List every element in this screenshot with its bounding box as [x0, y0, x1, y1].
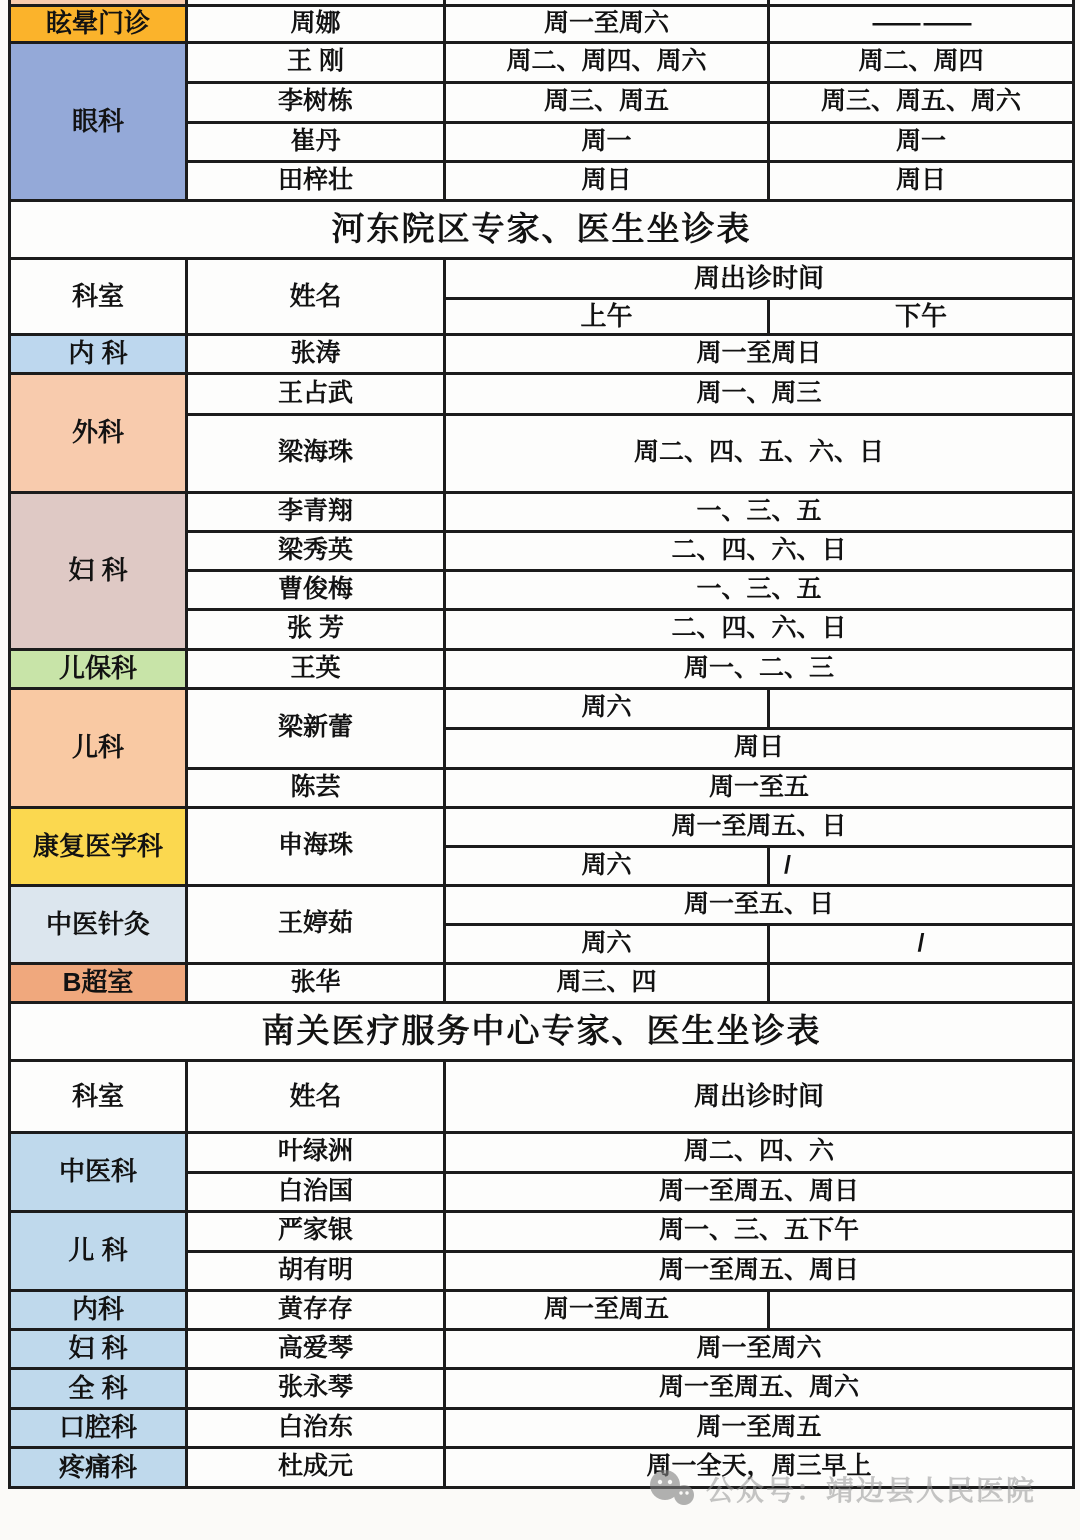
table-row: 全 科 张永琴 周一至周五、周六: [10, 1368, 1074, 1408]
doctor-name-cell: 严家银: [187, 1211, 445, 1251]
schedule-am-cell: 周六: [445, 688, 769, 728]
table-row: 眩晕门诊 周娜 周一至周六 —— ——: [10, 5, 1074, 42]
section-title-row: 河东院区专家、医生坐诊表: [10, 200, 1074, 258]
table-row: 中医科 叶绿洲 周二、四、六: [10, 1132, 1074, 1172]
schedule-am-cell: 周六: [445, 846, 769, 885]
schedule-page: 眩晕门诊 周娜 周一至周六 —— —— 眼科 王 刚 周二、周四、周六 周二、周…: [0, 0, 1080, 1540]
table-row: 康复医学科 申海珠 周一至周五、日: [10, 807, 1074, 846]
dept-cell-ultrasound: B超室: [10, 963, 187, 1002]
doctor-name-cell: 叶绿洲: [187, 1132, 445, 1172]
schedule-full-cell: 周二、四、六: [445, 1132, 1074, 1172]
dept-cell-pediatrics: 儿科: [10, 688, 187, 807]
dept-cell-surgery: 外科: [10, 373, 187, 492]
schedule-pm-cell: [769, 1290, 1074, 1329]
schedule-full-cell: 周一全天，周三早上: [445, 1447, 1074, 1487]
column-header-name: 姓名: [187, 258, 445, 334]
section-title-row: 南关医疗服务中心专家、医生坐诊表: [10, 1002, 1074, 1060]
column-header-pm: 下午: [769, 298, 1074, 334]
schedule-am-cell: 周日: [445, 161, 769, 200]
schedule-full-cell: 一、三、五: [445, 570, 1074, 609]
doctor-name-cell: 周娜: [187, 5, 445, 42]
dept-cell-internal-medicine: 内科: [10, 1290, 187, 1329]
dept-cell-pediatrics: 儿 科: [10, 1211, 187, 1290]
doctor-name-cell: 王占武: [187, 373, 445, 414]
doctor-name-cell: 梁新蕾: [187, 688, 445, 768]
table-row: 内科 黄存存 周一至周五: [10, 1290, 1074, 1329]
doctor-name-cell: 张涛: [187, 334, 445, 373]
schedule-full-cell: 周一至周六: [445, 1329, 1074, 1368]
section-hedong: 河东院区专家、医生坐诊表 科室 姓名 周出诊时间 上午 下午 内 科 张涛 周一…: [10, 200, 1074, 1002]
table-row: B超室 张华 周三、四: [10, 963, 1074, 1002]
doctor-name-cell: 陈芸: [187, 768, 445, 807]
dept-cell-gynecology: 妇 科: [10, 492, 187, 649]
doctor-name-cell: 崔丹: [187, 122, 445, 161]
dept-cell-internal-medicine: 内 科: [10, 334, 187, 373]
doctor-name-cell: 张永琴: [187, 1368, 445, 1408]
section-nanguan: 南关医疗服务中心专家、医生坐诊表 科室 姓名 周出诊时间 中医科 叶绿洲 周二、…: [10, 1002, 1074, 1487]
schedule-pm-cell: /: [769, 924, 1074, 963]
doctor-name-cell: 梁海珠: [187, 414, 445, 492]
doctor-name-cell: 李树栋: [187, 82, 445, 122]
schedule-am-cell: 周一至周六: [445, 5, 769, 42]
dept-cell-tcm-acupuncture: 中医针灸: [10, 885, 187, 963]
schedule-full-cell: 周一至周五、周六: [445, 1368, 1074, 1408]
schedule-full-cell: 二、四、六、日: [445, 609, 1074, 649]
schedule-pm-cell: 周三、周五、周六: [769, 82, 1074, 122]
schedule-am-cell: 周一至周五: [445, 1290, 769, 1329]
schedule-table: 眩晕门诊 周娜 周一至周六 —— —— 眼科 王 刚 周二、周四、周六 周二、周…: [8, 0, 1075, 1489]
table-row: 儿科 梁新蕾 周六: [10, 688, 1074, 728]
schedule-full-cell: 周二、四、五、六、日: [445, 414, 1074, 492]
column-header-dept: 科室: [10, 258, 187, 334]
section-top: 眩晕门诊 周娜 周一至周六 —— —— 眼科 王 刚 周二、周四、周六 周二、周…: [10, 0, 1074, 200]
schedule-am-cell: 周一: [445, 122, 769, 161]
schedule-full-cell: 周一至周日: [445, 334, 1074, 373]
doctor-name-cell: 白治东: [187, 1408, 445, 1447]
header-row: 科室 姓名 周出诊时间: [10, 1060, 1074, 1132]
table-row: 儿 科 严家银 周一、三、五下午: [10, 1211, 1074, 1251]
table-row: 口腔科 白治东 周一至周五: [10, 1408, 1074, 1447]
schedule-full-cell: 周一、周三: [445, 373, 1074, 414]
doctor-name-cell: 申海珠: [187, 807, 445, 885]
table-row: 妇 科 高爱琴 周一至周六: [10, 1329, 1074, 1368]
column-header-schedule: 周出诊时间: [445, 1060, 1074, 1132]
schedule-pm-cell: —— ——: [769, 5, 1074, 42]
schedule-pm-cell: /: [769, 846, 1074, 885]
doctor-name-cell: 张华: [187, 963, 445, 1002]
doctor-name-cell: 王婷茹: [187, 885, 445, 963]
dept-cell-general-practice: 全 科: [10, 1368, 187, 1408]
schedule-pm-cell: 周一: [769, 122, 1074, 161]
schedule-pm-cell: [769, 963, 1074, 1002]
dept-cell-dentistry: 口腔科: [10, 1408, 187, 1447]
schedule-am-cell: 周三、四: [445, 963, 769, 1002]
doctor-name-cell: 杜成元: [187, 1447, 445, 1487]
section-title-nanguan: 南关医疗服务中心专家、医生坐诊表: [10, 1002, 1074, 1060]
schedule-full-cell: 二、四、六、日: [445, 531, 1074, 570]
doctor-name-cell: 王 刚: [187, 42, 445, 82]
column-header-dept: 科室: [10, 1060, 187, 1132]
dept-cell-pain-clinic: 疼痛科: [10, 1447, 187, 1487]
doctor-name-cell: 王英: [187, 649, 445, 688]
section-title-hedong: 河东院区专家、医生坐诊表: [10, 200, 1074, 258]
schedule-full-cell: 一、三、五: [445, 492, 1074, 531]
doctor-name-cell: 白治国: [187, 1172, 445, 1211]
schedule-am-cell: 周六: [445, 924, 769, 963]
schedule-pm-cell: [769, 688, 1074, 728]
dept-cell-rehabilitation: 康复医学科: [10, 807, 187, 885]
schedule-full-cell: 周一、三、五下午: [445, 1211, 1074, 1251]
table-row: 疼痛科 杜成元 周一全天，周三早上: [10, 1447, 1074, 1487]
doctor-name-cell: 曹俊梅: [187, 570, 445, 609]
schedule-full-cell: 周一至周五: [445, 1408, 1074, 1447]
schedule-full-cell: 周一至周五、周日: [445, 1251, 1074, 1290]
schedule-am-cell: 周三、周五: [445, 82, 769, 122]
table-row: 妇 科 李青翔 一、三、五: [10, 492, 1074, 531]
column-header-schedule: 周出诊时间: [445, 258, 1074, 298]
doctor-name-cell: 胡有明: [187, 1251, 445, 1290]
dept-cell-child-health: 儿保科: [10, 649, 187, 688]
column-header-name: 姓名: [187, 1060, 445, 1132]
schedule-am-cell: 周二、周四、周六: [445, 42, 769, 82]
doctor-name-cell: 张 芳: [187, 609, 445, 649]
doctor-name-cell: 李青翔: [187, 492, 445, 531]
dept-cell-tcm: 中医科: [10, 1132, 187, 1211]
doctor-name-cell: 田梓壮: [187, 161, 445, 200]
schedule-full-cell: 周日: [445, 728, 1074, 768]
table-row: 外科 王占武 周一、周三: [10, 373, 1074, 414]
schedule-full-cell: 周一至周五、周日: [445, 1172, 1074, 1211]
doctor-name-cell: 黄存存: [187, 1290, 445, 1329]
table-row: 儿保科 王英 周一、二、三: [10, 649, 1074, 688]
column-header-am: 上午: [445, 298, 769, 334]
dept-cell-ophthalmology: 眼科: [10, 42, 187, 200]
dept-cell-gynecology: 妇 科: [10, 1329, 187, 1368]
header-row: 科室 姓名 周出诊时间: [10, 258, 1074, 298]
schedule-full-cell: 周一至周五、日: [445, 807, 1074, 846]
schedule-full-cell: 周一、二、三: [445, 649, 1074, 688]
schedule-full-cell: 周一至五、日: [445, 885, 1074, 924]
dept-cell-vertigo-clinic: 眩晕门诊: [10, 5, 187, 42]
schedule-pm-cell: 周日: [769, 161, 1074, 200]
table-row: 内 科 张涛 周一至周日: [10, 334, 1074, 373]
schedule-pm-cell: 周二、周四: [769, 42, 1074, 82]
schedule-full-cell: 周一至五: [445, 768, 1074, 807]
doctor-name-cell: 高爱琴: [187, 1329, 445, 1368]
table-row: 眼科 王 刚 周二、周四、周六 周二、周四: [10, 42, 1074, 82]
table-row: 中医针灸 王婷茹 周一至五、日: [10, 885, 1074, 924]
doctor-name-cell: 梁秀英: [187, 531, 445, 570]
